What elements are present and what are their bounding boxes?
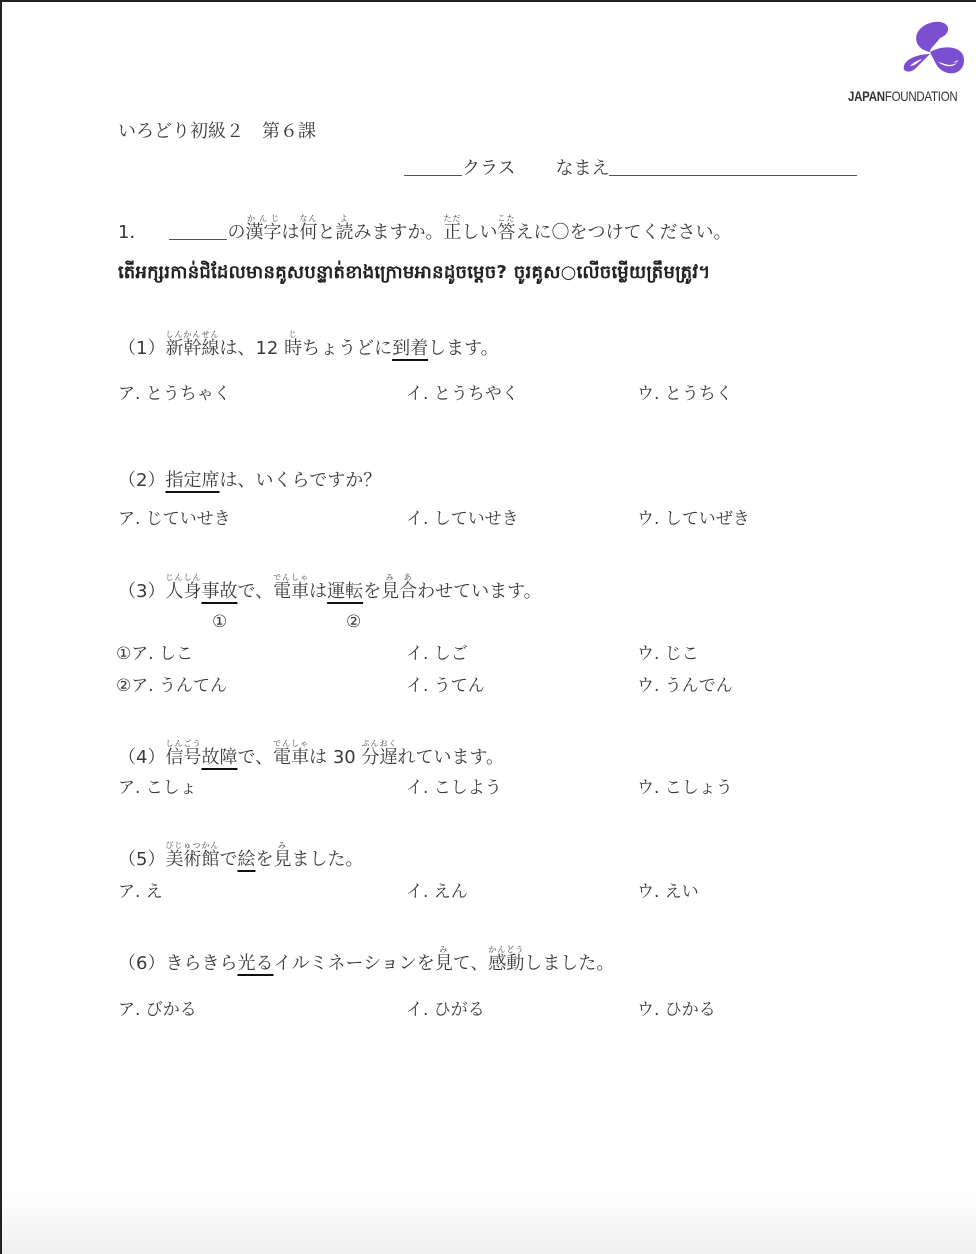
target-word-1: 事故 [201,581,237,602]
target-word: 故障 [201,747,237,768]
q2-option-u[interactable]: ウ. していぜき [637,508,750,530]
q3-2-option-a[interactable]: ②ア. うんてん [116,675,227,697]
ruby-kanji: 漢字かんじ [245,222,281,243]
question-5: （5）美術館びじゅつかんで絵を見みました。 [118,841,363,873]
target-word: 絵 [237,849,255,870]
q3-1-option-i[interactable]: イ. しご [406,643,468,665]
instruction-japanese: 1．の漢字かんじは何なんと読よみますか。正ただしい答こたえに〇をつけてください。 [118,214,731,246]
target-word: 光る [237,953,273,974]
name-blank[interactable] [609,175,857,176]
q5-option-i[interactable]: イ. えん [406,881,468,903]
instruction-number: 1． [118,222,147,243]
brand-name: JAPANFOUNDATION [848,88,957,104]
page-bottom-shadow [2,1190,976,1254]
target-word: 到着 [392,338,428,359]
q3-2-option-i[interactable]: イ. うてん [406,675,485,697]
class-label: クラス [462,158,515,179]
name-label: なまえ [555,158,609,179]
question-3: （3）人身じんしん事故で、電車でんしゃは運転を見み合あわせています。 [118,573,542,605]
butterfly-icon [900,18,966,80]
question-4: （4）信号しんごう故障で、電車でんしゃは 30 分ぷん遅おくれています。 [118,739,504,771]
q6-option-a[interactable]: ア. びかる [118,999,197,1021]
underline-blank [169,239,227,240]
q4-option-a[interactable]: ア. こしょ [118,777,197,799]
q4-option-u[interactable]: ウ. こしょう [637,777,733,799]
question-1: （1）新幹線しんかんせんは、12 時じちょうどに到着します。 [118,330,499,362]
class-name-row: クラスなまえ [404,158,857,180]
target-word: 指定席 [165,470,219,491]
q3-1-option-a[interactable]: ①ア. しこ [116,643,193,665]
japan-foundation-logo: JAPANFOUNDATION [848,18,968,108]
q5-option-a[interactable]: ア. え [118,881,163,903]
q2-option-i[interactable]: イ. していせき [406,508,519,530]
question-2: （2）指定席は、いくらですか？ [118,470,381,492]
q1-option-u[interactable]: ウ. とうちく [637,383,733,405]
q5-option-u[interactable]: ウ. えい [637,881,699,903]
q3-1-option-u[interactable]: ウ. じこ [637,643,699,665]
q1-option-a[interactable]: ア. とうちゃく [118,383,231,405]
page-frame-top [0,0,976,2]
q2-option-a[interactable]: ア. じていせき [118,508,231,530]
marker-2: ② [346,611,361,633]
text: の [227,222,245,243]
marker-1: ① [212,611,227,633]
class-blank[interactable] [404,175,462,176]
q6-option-i[interactable]: イ. ひがる [406,999,485,1021]
q3-2-option-u[interactable]: ウ. うんでん [637,675,733,697]
q4-option-i[interactable]: イ. こしよう [406,777,502,799]
question-6: （6）きらきら光るイルミネーションを見みて、感動かんどうしました。 [118,945,614,977]
target-word-2: 運転 [327,581,363,602]
q6-option-u[interactable]: ウ. ひかる [637,999,716,1021]
course-title: いろどり初級２ 第６課 [118,121,316,143]
q1-option-i[interactable]: イ. とうちやく [406,383,519,405]
instruction-khmer: តើអក្សរកាន់ជិដែលមានគូសបន្ទាត់ខាងក្រោមអាន… [118,262,710,284]
page-frame-left [0,0,2,1254]
